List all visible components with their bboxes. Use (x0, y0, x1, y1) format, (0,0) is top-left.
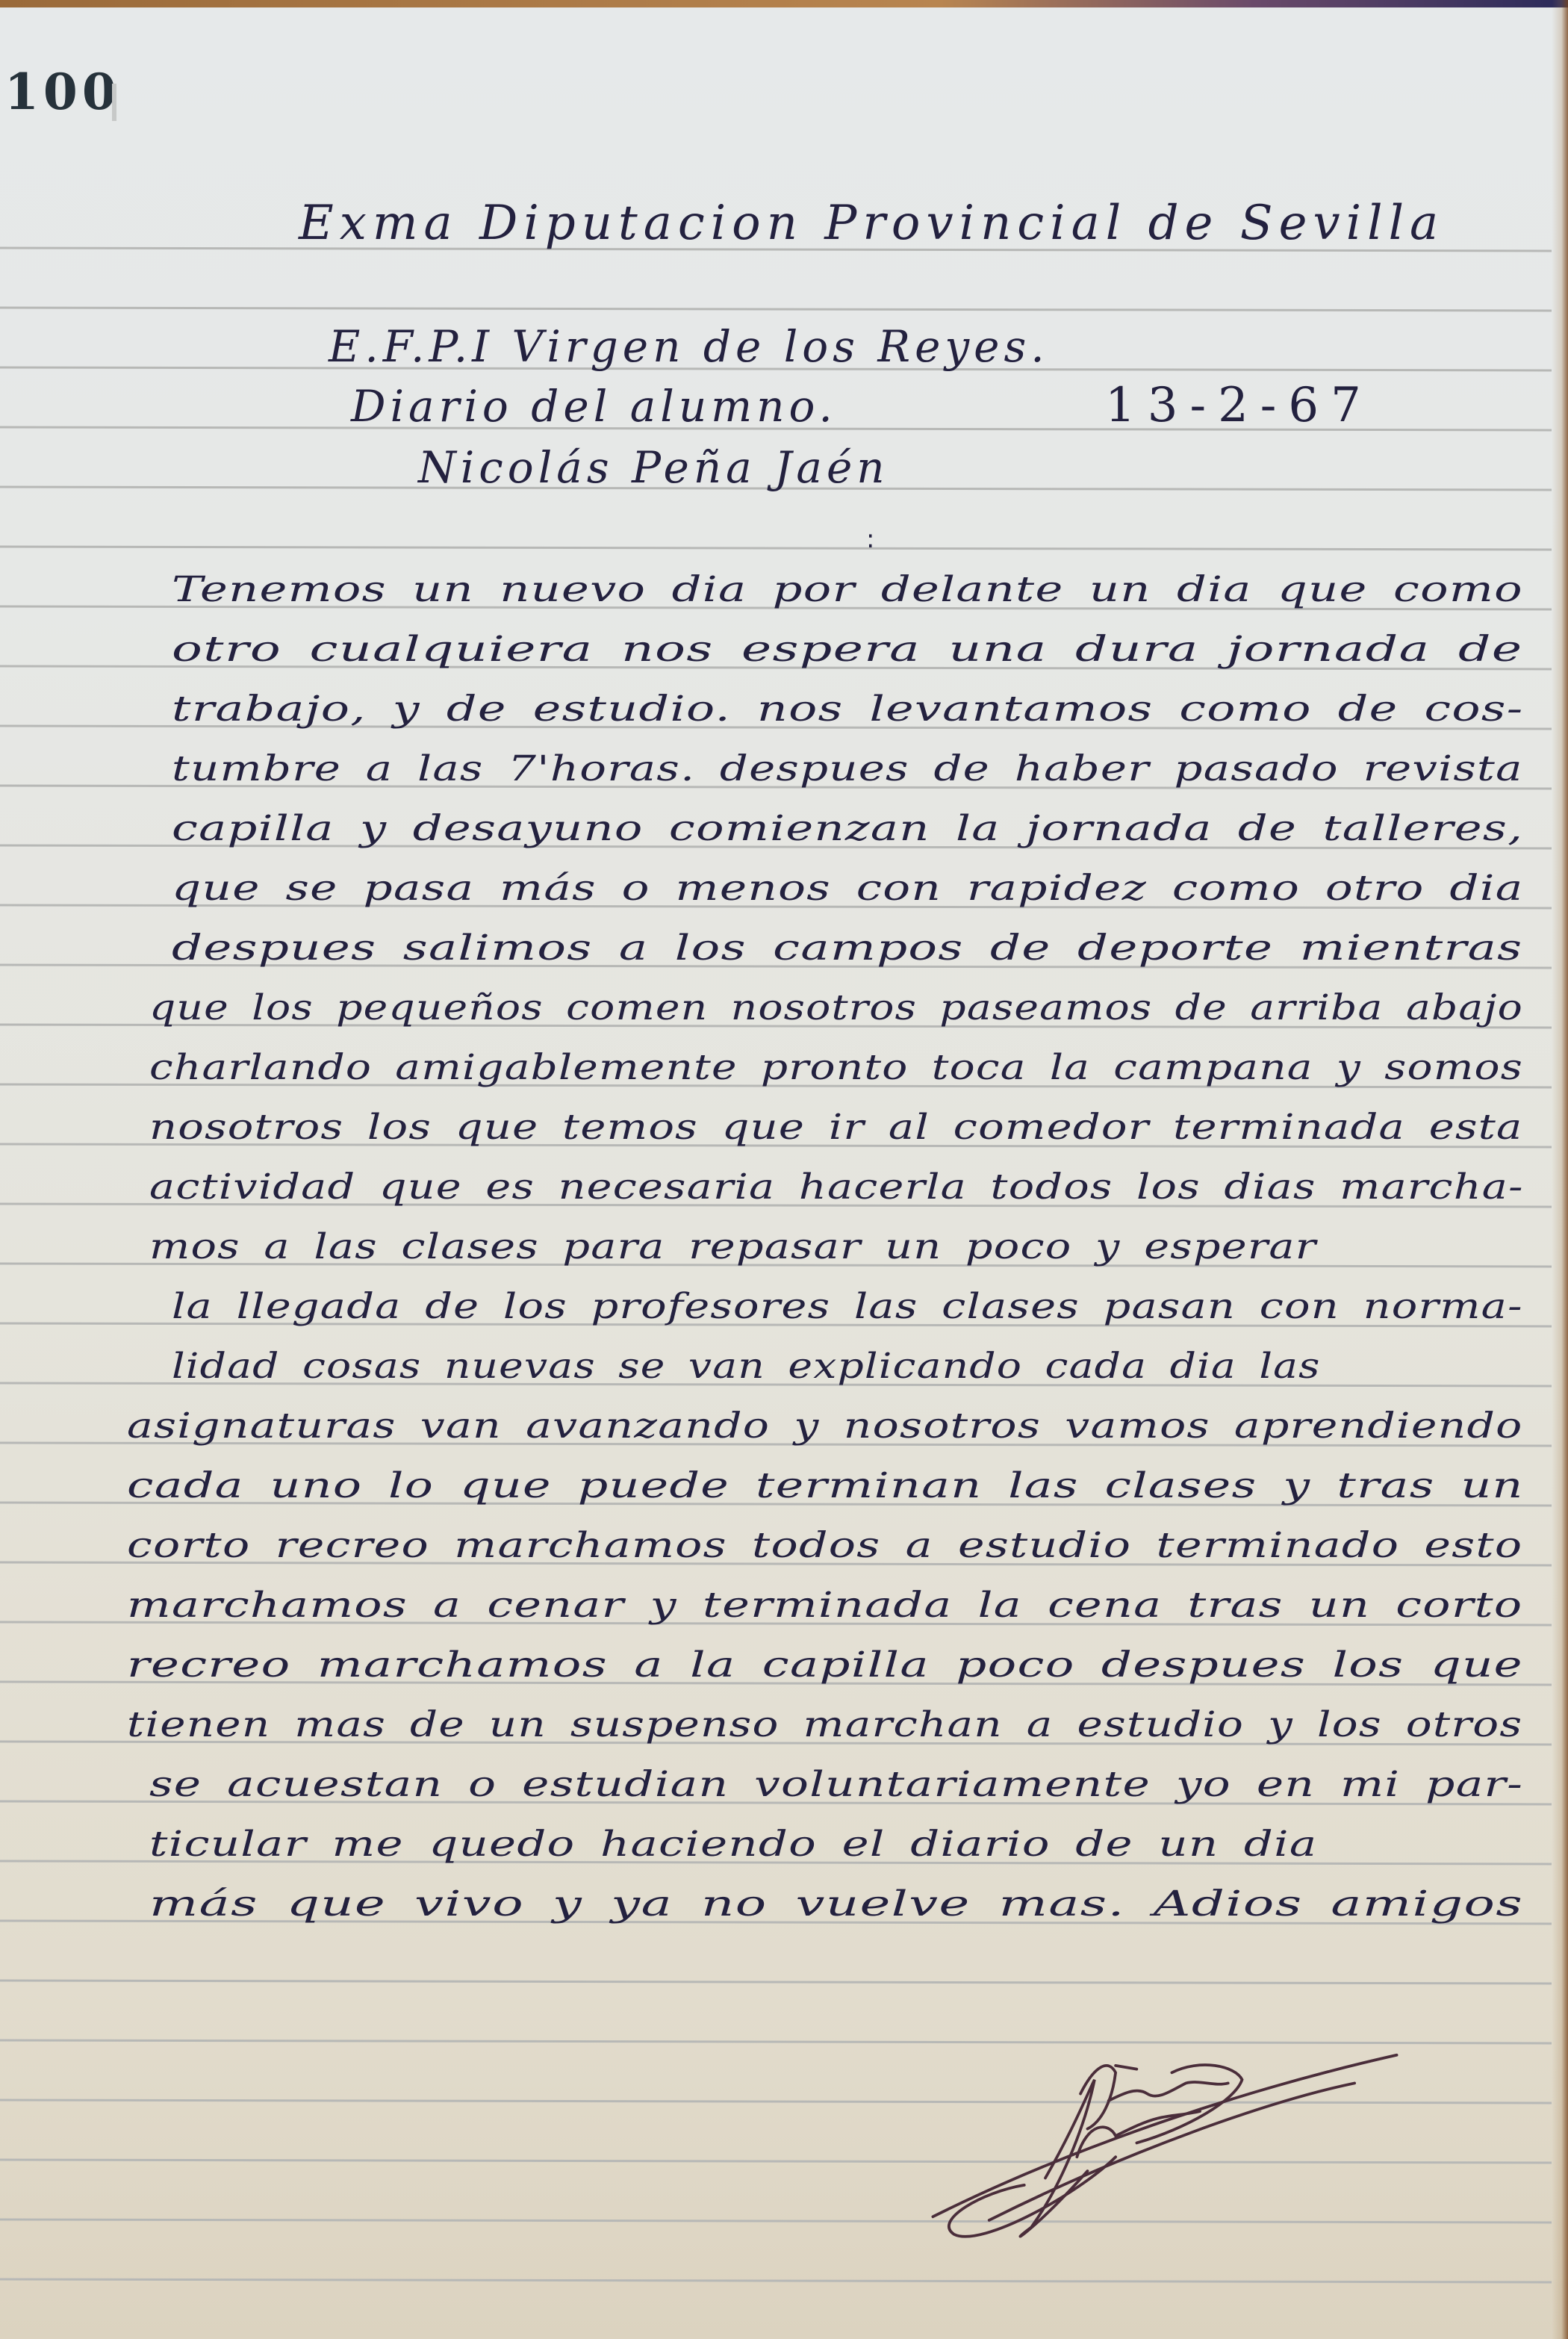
diary-body-line: ticular me quedo haciendo el diario de u… (149, 1824, 1317, 1865)
diary-body-line: cada uno lo que puede terminan las clase… (127, 1465, 1524, 1506)
diary-body-line: corto recreo marchamos todos a estudio t… (127, 1525, 1522, 1566)
signature (896, 2016, 1434, 2255)
diary-body-line: marchamos a cenar y terminada la cena tr… (127, 1585, 1522, 1626)
diary-body-line: que se pasa más o menos con rapidez como… (172, 868, 1524, 909)
page-number: 100 (4, 63, 121, 121)
page-top-edge (0, 0, 1568, 7)
page-number-mark (112, 84, 116, 121)
diary-body-line: más que vivo y ya no vuelve mas. Adios a… (149, 1883, 1523, 1925)
diary-body-line: charlando amigablemente pronto toca la c… (149, 1047, 1523, 1088)
diary-body-line: otro cualquiera nos espera una dura jorn… (172, 629, 1522, 670)
page-right-edge (1552, 0, 1568, 2339)
diary-body-line: Tenemos un nuevo dia por delante un dia … (172, 569, 1523, 610)
diary-body-line: recreo marchamos a la capilla poco despu… (127, 1644, 1523, 1686)
school-name: E.F.P.I Virgen de los Reyes. (329, 321, 1049, 372)
diary-body-line: actividad que es necesaria hacerla todos… (149, 1167, 1524, 1208)
diary-body-line: asignaturas van avanzando y nosotros vam… (127, 1405, 1522, 1447)
diary-body-line: despues salimos a los campos de deporte … (172, 928, 1522, 969)
author-name: Nicolás Peña Jaén (418, 442, 889, 493)
diary-page: 100 Exma Diputacion Provincial de Sevill… (0, 0, 1568, 2339)
diary-body-line: capilla y desayuno comienzan la jornada … (172, 808, 1523, 849)
document-title: Exma Diputacion Provincial de Sevilla (299, 196, 1444, 251)
diary-body-line: tumbre a las 7'horas. despues de haber p… (172, 748, 1523, 789)
diary-body-line: nosotros los que temos que ir al comedor… (149, 1107, 1523, 1148)
diary-body-line: que los pequeños comen nosotros paseamos… (149, 987, 1523, 1028)
diary-body-line: trabajo, y de estudio. nos levantamos co… (172, 689, 1524, 730)
diary-body-line: lidad cosas nuevas se van explicando cad… (172, 1346, 1321, 1387)
diary-body-line: tienen mas de un suspenso marchan a estu… (127, 1704, 1522, 1745)
diary-body-line: se acuestan o estudian voluntariamente y… (149, 1764, 1523, 1805)
diary-body-line: la llegada de los profesores las clases … (172, 1286, 1523, 1327)
document-label: Diario del alumno. (351, 381, 837, 432)
entry-date: 13-2-67 (1105, 378, 1373, 433)
separator-mark: : (866, 524, 874, 554)
diary-body-line: mos a las clases para repasar un poco y … (149, 1226, 1316, 1267)
